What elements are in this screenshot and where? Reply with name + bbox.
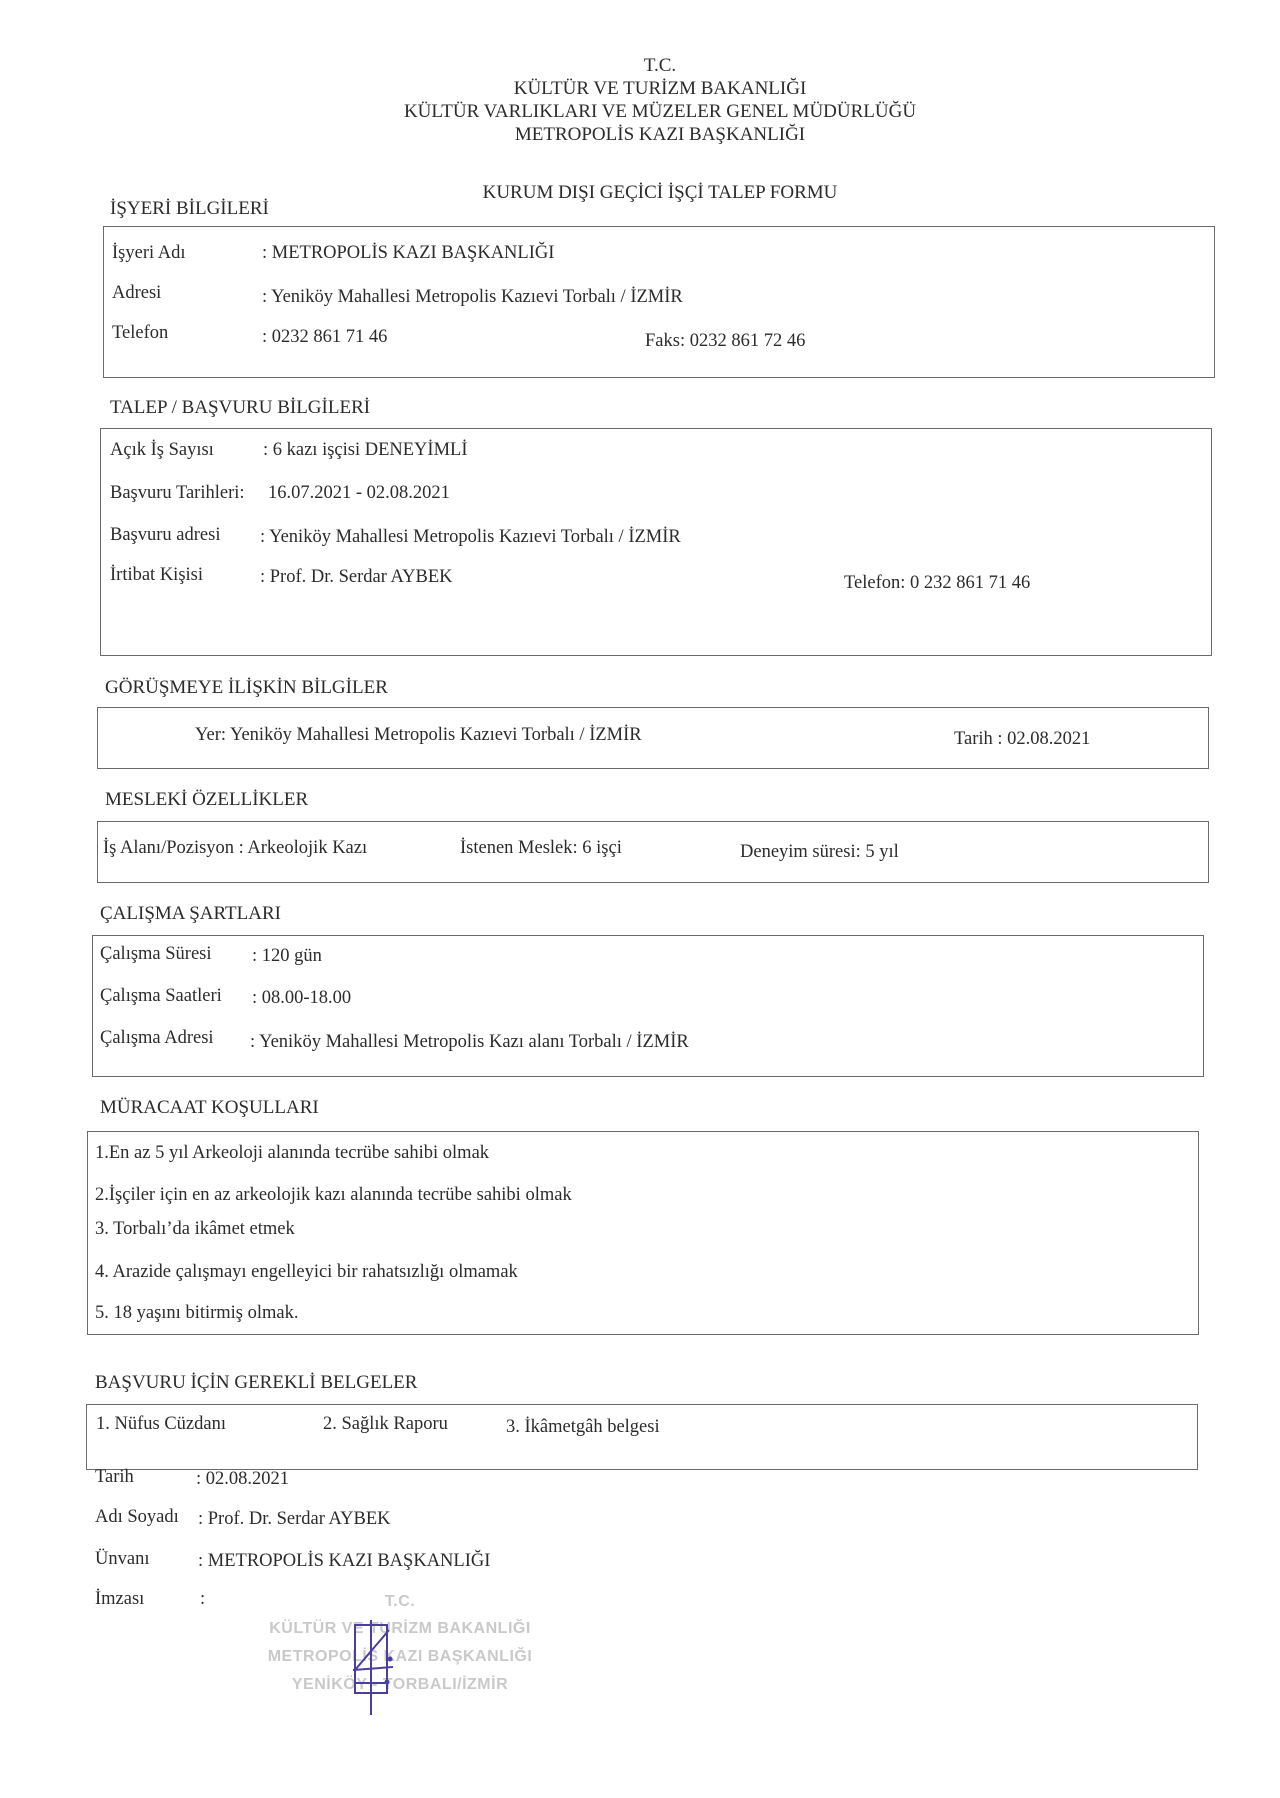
application-address-label: Başvuru adresi bbox=[110, 525, 220, 546]
footer-name-value: : Prof. Dr. Serdar AYBEK bbox=[198, 1509, 391, 1530]
contact-label: İrtibat Kişisi bbox=[110, 565, 203, 586]
isyeri-phone-value: : 0232 861 71 46 bbox=[262, 327, 387, 348]
position: İş Alanı/Pozisyon : Arkeolojik Kazı bbox=[103, 838, 367, 859]
condition-item: 4. Arazide çalışmayı engelleyici bir rah… bbox=[95, 1262, 518, 1283]
footer-date-value: : 02.08.2021 bbox=[196, 1469, 289, 1490]
condition-item: 5. 18 yaşını bitirmiş olmak. bbox=[95, 1303, 299, 1324]
application-address-value: : Yeniköy Mahallesi Metropolis Kazıevi T… bbox=[260, 527, 681, 548]
requested-profession: İstenen Meslek: 6 işçi bbox=[460, 838, 622, 859]
work-hours-label: Çalışma Saatleri bbox=[100, 986, 222, 1007]
section-title-calisma: ÇALIŞMA ŞARTLARI bbox=[100, 903, 281, 925]
section-title-belgeler: BAŞVURU İÇİN GEREKLİ BELGELER bbox=[95, 1372, 417, 1394]
signature-mark bbox=[345, 1615, 415, 1720]
work-address-label: Çalışma Adresi bbox=[100, 1028, 214, 1049]
section-title-muracaat: MÜRACAAT KOŞULLARI bbox=[100, 1097, 319, 1119]
dates-value: 16.07.2021 - 02.08.2021 bbox=[268, 483, 450, 504]
experience: Deneyim süresi: 5 yıl bbox=[740, 842, 899, 863]
footer-title-value: : METROPOLİS KAZI BAŞKANLIĞI bbox=[198, 1551, 490, 1572]
stamp-line-1: T.C. bbox=[250, 1593, 550, 1611]
condition-item: 3. Torbalı’da ikâmet etmek bbox=[95, 1219, 295, 1240]
work-address-value: : Yeniköy Mahallesi Metropolis Kazı alan… bbox=[250, 1032, 689, 1053]
isyeri-name-value: : METROPOLİS KAZI BAŞKANLIĞI bbox=[262, 243, 554, 264]
isyeri-address-label: Adresi bbox=[112, 283, 161, 304]
footer-signature-colon: : bbox=[200, 1589, 205, 1610]
section-title-mesleki: MESLEKİ ÖZELLİKLER bbox=[105, 789, 308, 811]
section-title-gorusme: GÖRÜŞMEYE İLİŞKİN BİLGİLER bbox=[105, 677, 388, 699]
work-hours-value: : 08.00-18.00 bbox=[252, 988, 351, 1009]
isyeri-address-value: : Yeniköy Mahallesi Metropolis Kazıevi T… bbox=[262, 287, 683, 308]
header-office: METROPOLİS KAZI BAŞKANLIĞI bbox=[0, 124, 1280, 146]
footer-date-label: Tarih bbox=[95, 1467, 134, 1488]
work-duration-value: : 120 gün bbox=[252, 946, 322, 967]
document-item: 3. İkâmetgâh belgesi bbox=[506, 1417, 660, 1438]
open-jobs-value: : 6 kazı işçisi DENEYİMLİ bbox=[263, 440, 468, 461]
interview-place: Yer: Yeniköy Mahallesi Metropolis Kazıev… bbox=[195, 725, 642, 746]
interview-date: Tarih : 02.08.2021 bbox=[954, 729, 1090, 750]
header-tc: T.C. bbox=[0, 55, 1280, 77]
section-title-isyeri: İŞYERİ BİLGİLERİ bbox=[110, 198, 269, 220]
footer-name-label: Adı Soyadı bbox=[95, 1507, 179, 1528]
section-title-talep: TALEP / BAŞVURU BİLGİLERİ bbox=[110, 397, 370, 419]
header-directorate: KÜLTÜR VARLIKLARI VE MÜZELER GENEL MÜDÜR… bbox=[0, 101, 1280, 123]
isyeri-fax: Faks: 0232 861 72 46 bbox=[645, 331, 805, 352]
isyeri-phone-label: Telefon bbox=[112, 323, 168, 344]
dates-label: Başvuru Tarihleri: bbox=[110, 483, 245, 504]
document-item: 1. Nüfus Cüzdanı bbox=[96, 1414, 226, 1435]
condition-item: 1.En az 5 yıl Arkeoloji alanında tecrübe… bbox=[95, 1143, 489, 1164]
condition-item: 2.İşçiler için en az arkeolojik kazı ala… bbox=[95, 1185, 572, 1206]
header-ministry: KÜLTÜR VE TURİZM BAKANLIĞI bbox=[0, 78, 1280, 100]
footer-title-label: Ünvanı bbox=[95, 1549, 149, 1570]
isyeri-name-label: İşyeri Adı bbox=[112, 243, 185, 264]
work-duration-label: Çalışma Süresi bbox=[100, 944, 212, 965]
document-item: 2. Sağlık Raporu bbox=[323, 1414, 448, 1435]
open-jobs-label: Açık İş Sayısı bbox=[110, 440, 214, 461]
contact-value: : Prof. Dr. Serdar AYBEK bbox=[260, 567, 453, 588]
contact-phone: Telefon: 0 232 861 71 46 bbox=[844, 573, 1030, 594]
footer-signature-label: İmzası bbox=[95, 1589, 144, 1610]
